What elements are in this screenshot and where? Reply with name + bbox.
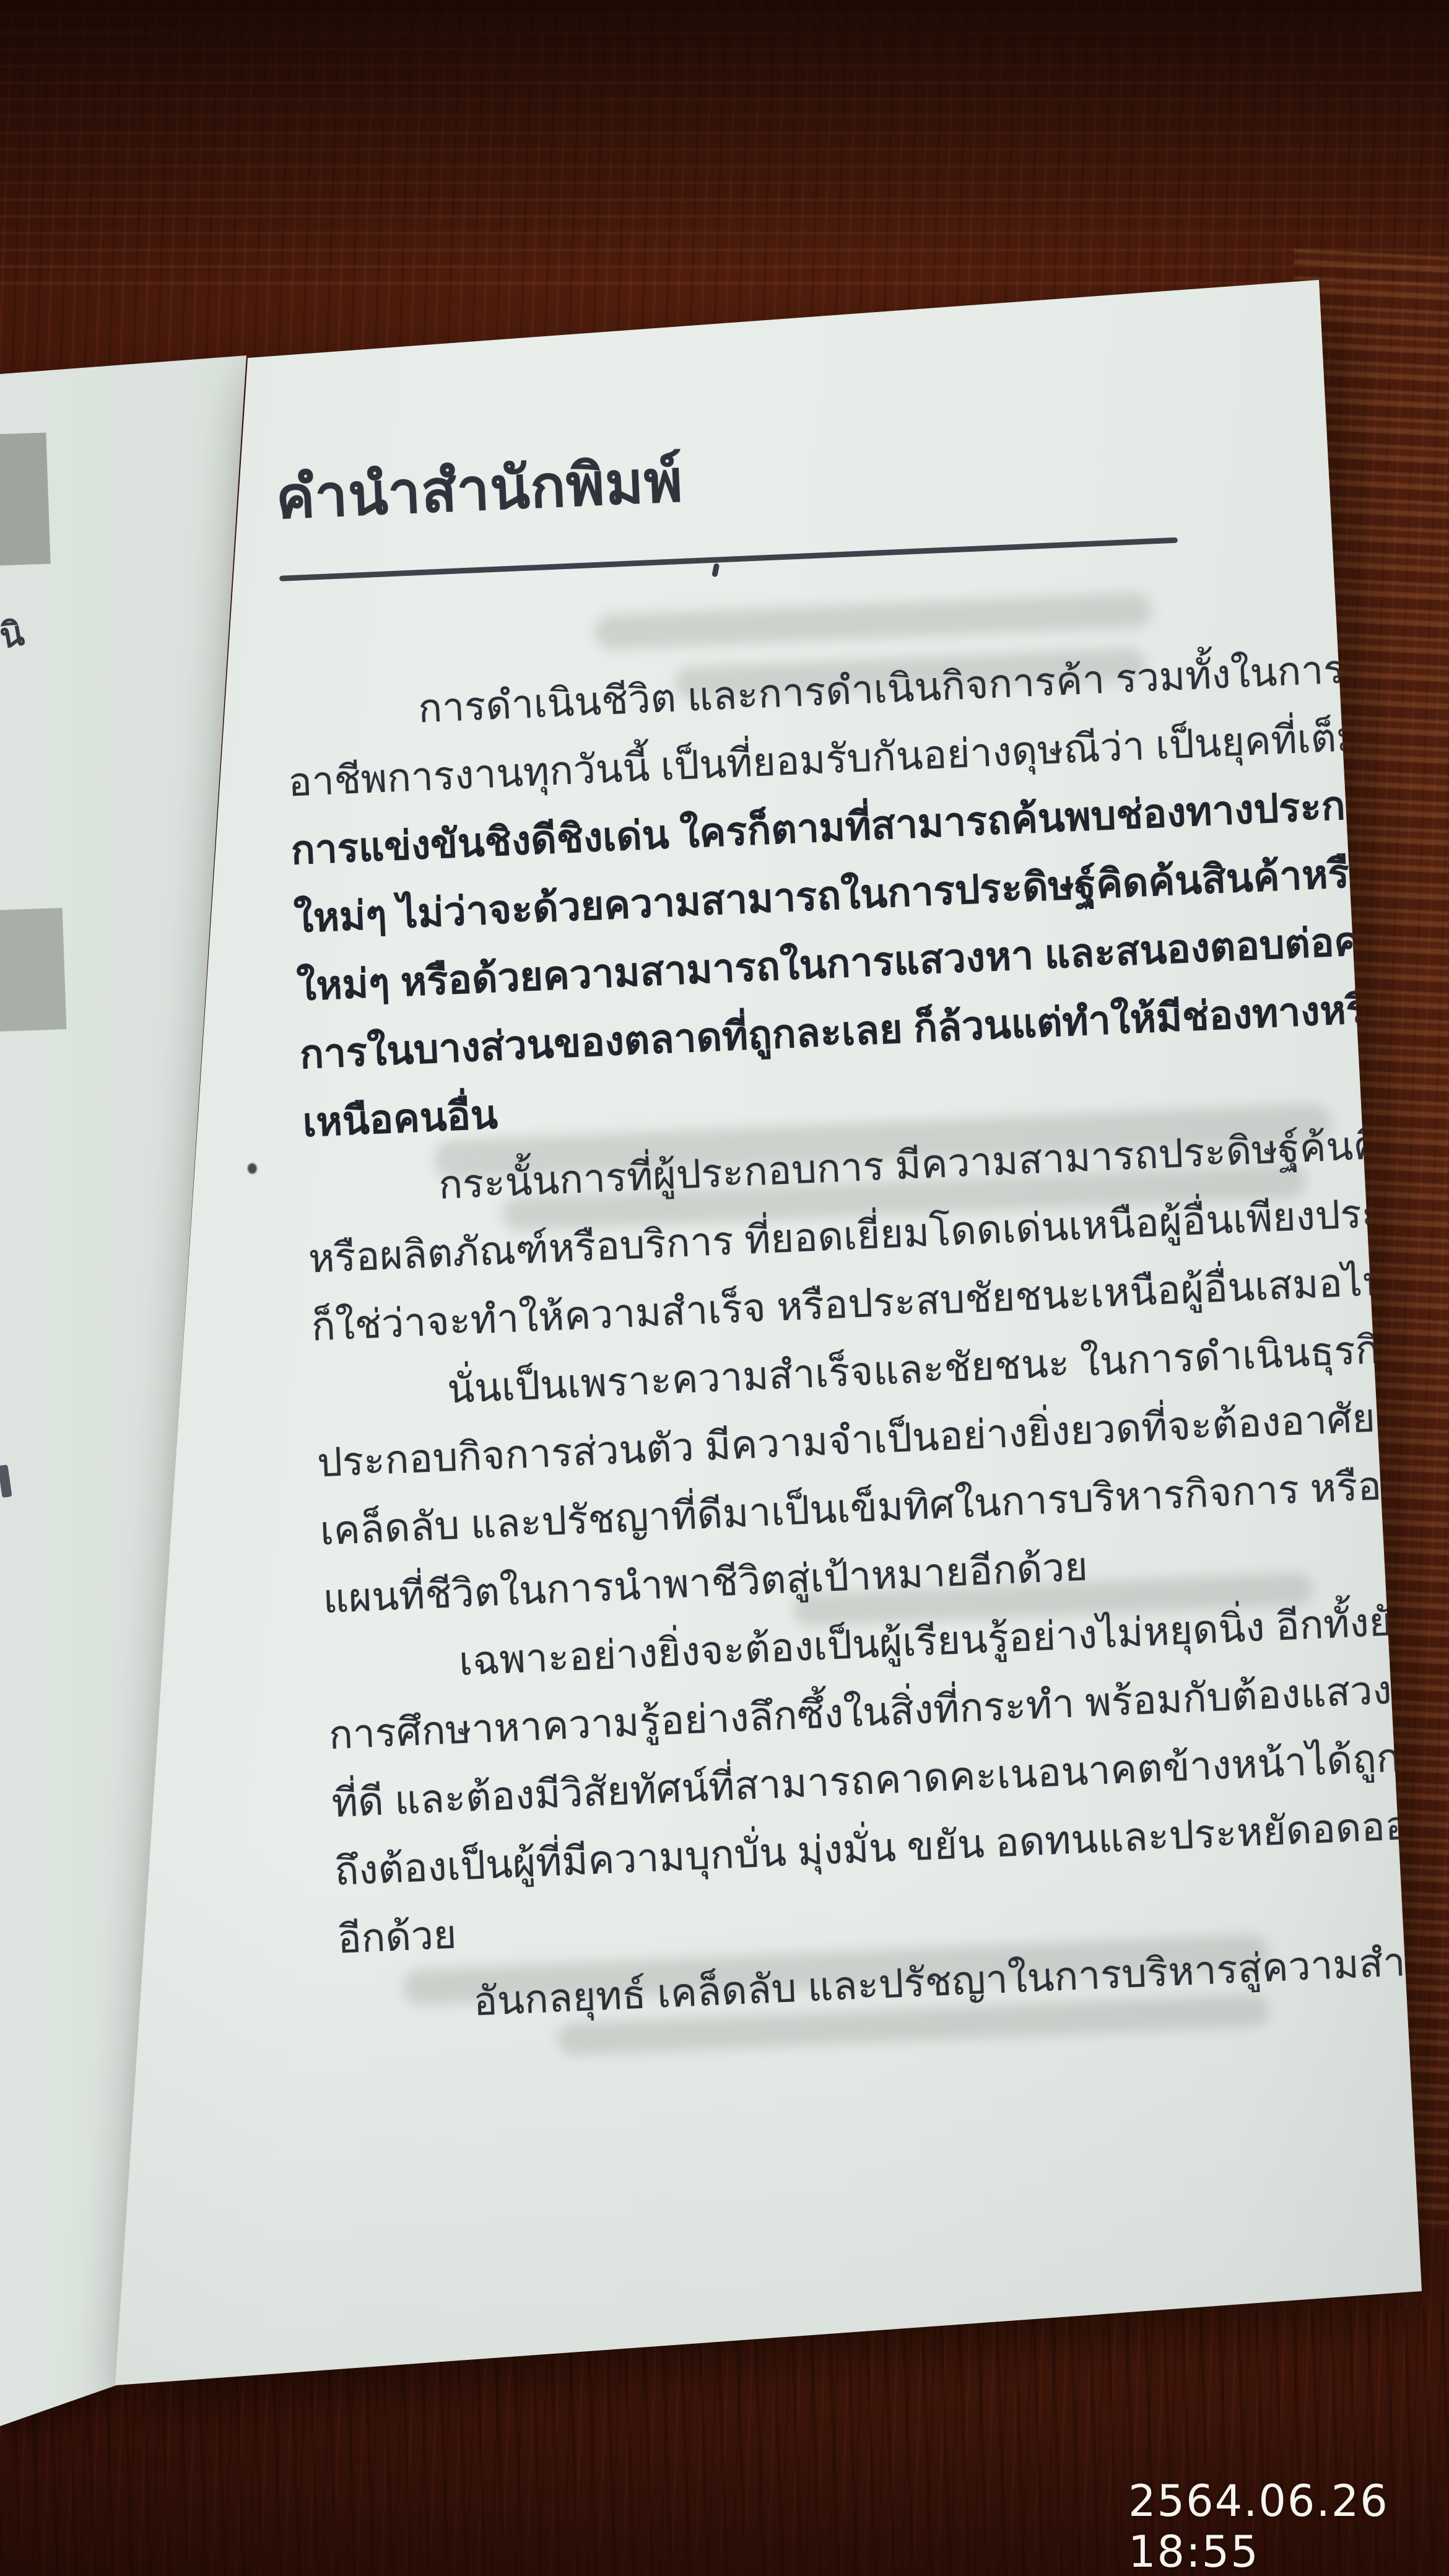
ink-speck — [711, 563, 720, 577]
page-title: คำนำสำนักพิมพ์ — [274, 398, 1386, 550]
preface-text: การดำเนินชีวิต และการดำเนินกิจการค้า รวม… — [284, 633, 1449, 2042]
ink-speck — [248, 1163, 258, 1174]
camera-timestamp: 2564.06.26 18:55 — [1128, 2476, 1449, 2576]
page-content: คำนำสำนักพิมพ์ การดำเนินชีวิต และการดำเน… — [274, 398, 1449, 2041]
book-page: คำนำสำนักพิมพ์ การดำเนินชีวิต และการดำเน… — [0, 0, 1449, 2576]
book-page-wrap: คำนำสำนักพิมพ์ การดำเนินชีวิต และการดำเน… — [0, 0, 1449, 2576]
photo-of-book-on-table: นิ คำนำสำนักพิมพ์ การดำเนินชีวิต และการด… — [0, 0, 1449, 2576]
